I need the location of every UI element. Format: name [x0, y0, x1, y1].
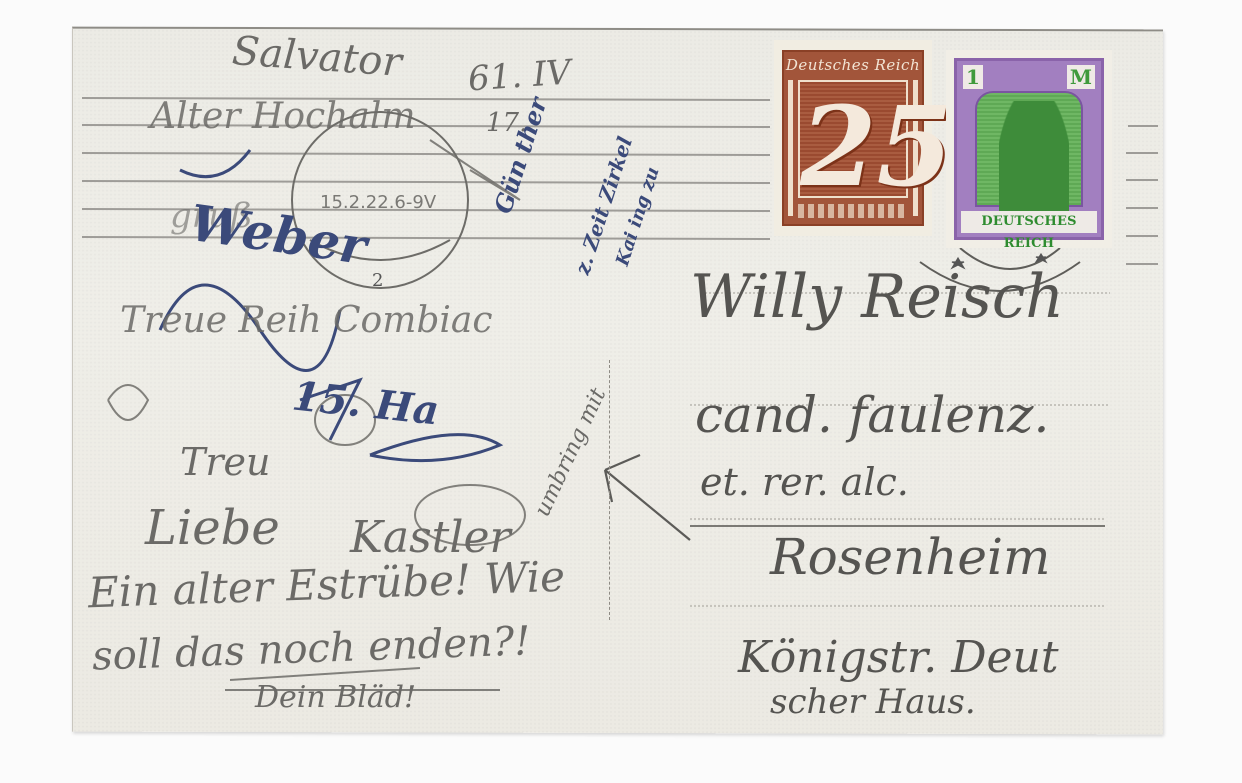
recipient-title-2: et. rer. alc.: [700, 460, 909, 504]
postmark-number: 2: [372, 270, 383, 291]
pencil-arrow: [605, 455, 690, 540]
recipient-street-2: scher Haus.: [770, 682, 976, 722]
stamp-value-unit: M: [1067, 65, 1095, 89]
recipient-title: cand. faulenz.: [695, 386, 1049, 444]
germania-figure-icon: [999, 101, 1069, 225]
stamp-value-number: 1: [963, 65, 983, 89]
pencil-scribbles: [108, 140, 525, 690]
stamp-value: 25: [800, 92, 906, 202]
recipient-city: Rosenheim: [770, 528, 1050, 586]
stamp-ornament: [798, 204, 908, 218]
stamp-frame: 1 M DEUTSCHES REICH: [954, 58, 1104, 240]
stamp-value-panel: 25: [798, 80, 908, 198]
recipient-name: Willy Reisch: [690, 262, 1064, 332]
stamp-25-pfennig: Deutsches Reich 25: [774, 40, 932, 236]
card-divider: [609, 360, 611, 620]
recipient-street: Königstr. Deut: [738, 632, 1059, 683]
stamp-frame: Deutsches Reich 25: [782, 50, 924, 226]
stamp-1-mark-germania: 1 M DEUTSCHES REICH: [946, 50, 1112, 248]
postmark-date: 15.2.22.6-9V: [320, 192, 437, 213]
stamp-bar-left: [788, 80, 793, 216]
germania-portrait: [975, 91, 1083, 207]
stamp-header: Deutsches Reich: [784, 56, 922, 74]
stamp-footer: DEUTSCHES REICH: [961, 211, 1097, 233]
